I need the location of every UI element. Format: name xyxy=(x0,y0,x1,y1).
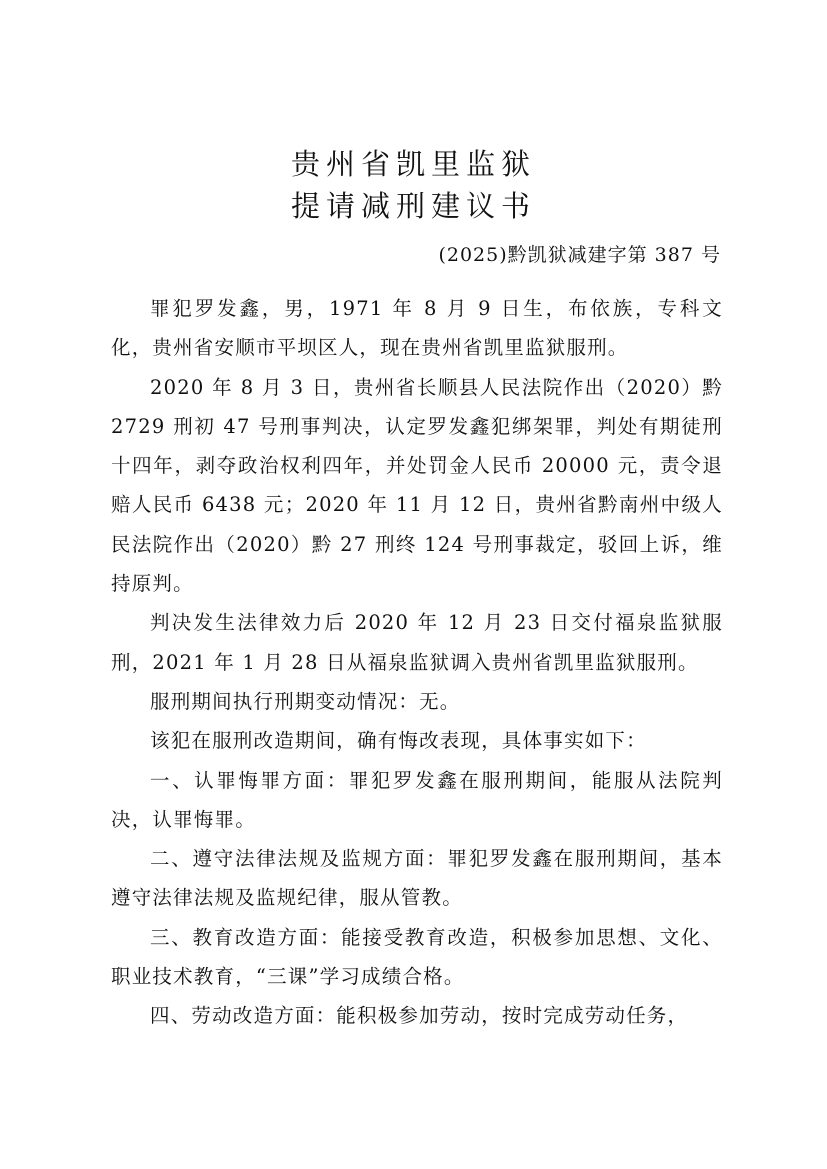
paragraph-remorse: 一、认罪悔罪方面：罪犯罗发鑫在服刑期间，能服从法院判决，认罪悔罪。 xyxy=(111,761,723,840)
document-body: 罪犯罗发鑫，男，1971 年 8 月 9 日生，布依族，专科文化，贵州省安顺市平… xyxy=(111,289,723,1036)
paragraph-facts-intro: 该犯在服刑改造期间，确有悔改表现，具体事实如下： xyxy=(111,721,723,760)
document-title-type: 提请减刑建议书 xyxy=(0,186,827,226)
paragraph-transfer: 判决发生法律效力后 2020 年 12 月 23 日交付福泉监狱服刑，2021 … xyxy=(111,603,723,682)
paragraph-education: 三、教育改造方面：能接受教育改造，积极参加思想、文化、职业技术教育，“三课”学习… xyxy=(111,918,723,997)
paragraph-law-compliance: 二、遵守法律法规及监规方面：罪犯罗发鑫在服刑期间，基本遵守法律法规及监规纪律，服… xyxy=(111,839,723,918)
paragraph-labor: 四、劳动改造方面：能积极参加劳动，按时完成劳动任务， xyxy=(111,996,723,1035)
document-page: 贵州省凯里监狱 提请减刑建议书 (2025)黔凯狱减建字第 387 号 罪犯罗发… xyxy=(0,0,827,1169)
paragraph-prisoner-info: 罪犯罗发鑫，男，1971 年 8 月 9 日生，布依族，专科文化，贵州省安顺市平… xyxy=(111,289,723,368)
paragraph-judgment: 2020 年 8 月 3 日，贵州省长顺县人民法院作出（2020）黔 2729 … xyxy=(111,368,723,604)
document-title-institution: 贵州省凯里监狱 xyxy=(0,144,827,184)
document-number: (2025)黔凯狱减建字第 387 号 xyxy=(438,240,721,270)
paragraph-sentence-changes: 服刑期间执行刑期变动情况：无。 xyxy=(111,682,723,721)
